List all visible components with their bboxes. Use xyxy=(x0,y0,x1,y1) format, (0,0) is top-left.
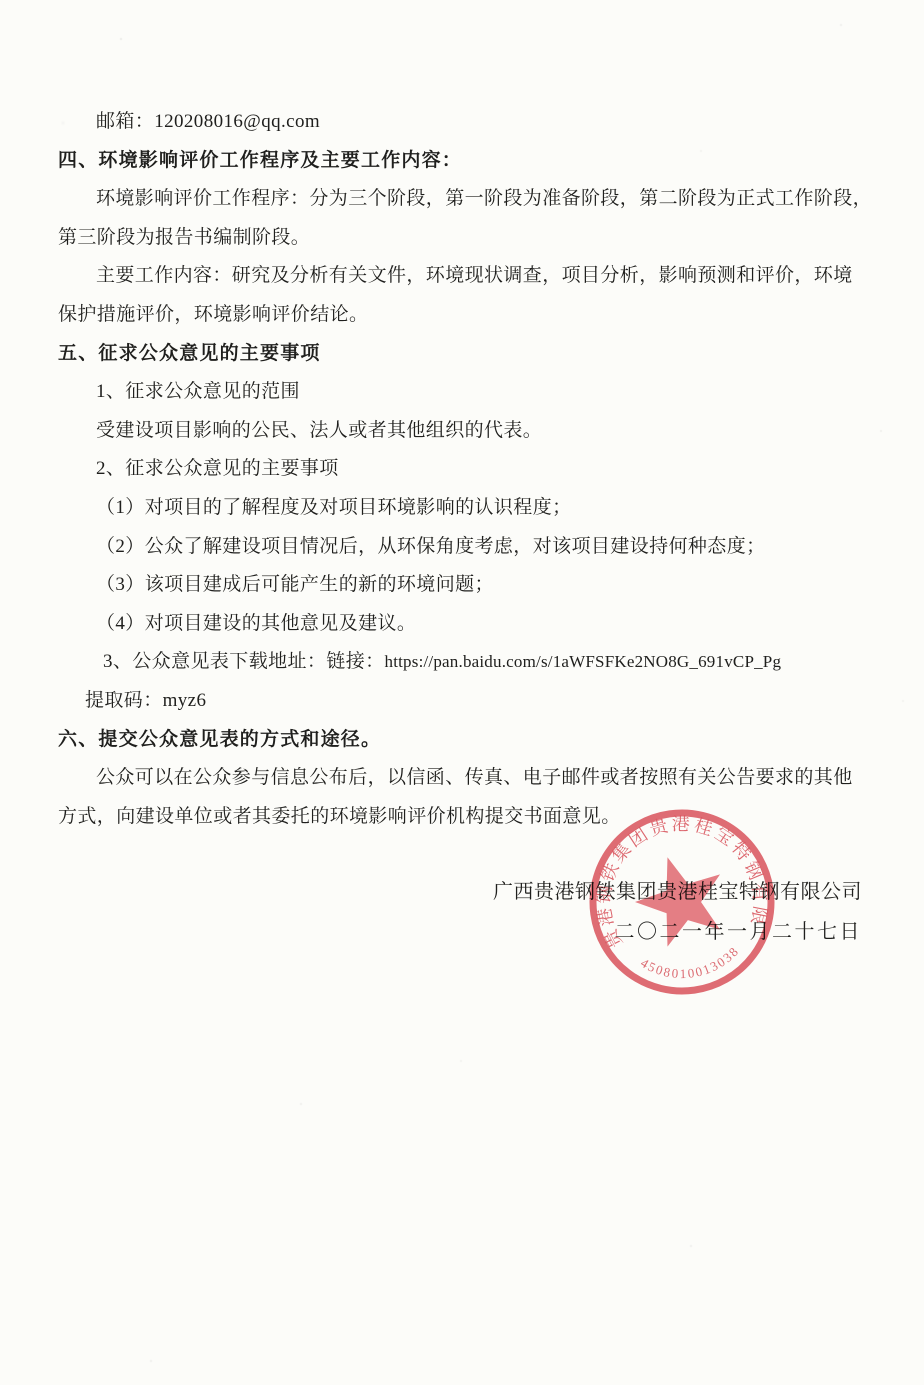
email-line: 邮箱：120208016@qq.com xyxy=(58,103,874,142)
section-4-heading: 四、环境影响评价工作程序及主要工作内容： xyxy=(58,142,874,181)
section-6-heading: 六、提交公众意见表的方式和途径。 xyxy=(58,721,874,760)
list-item: （4）对项目建设的其他意见及建议。 xyxy=(58,605,874,644)
list-item: （3）该项目建成后可能产生的新的环境问题； xyxy=(58,566,874,605)
paragraph-line: 受建设项目影响的公民、法人或者其他组织的代表。 xyxy=(58,412,874,451)
download-link-label: 3、公众意见表下载地址：链接： xyxy=(103,651,385,672)
paragraph-line: 环境影响评价工作程序：分为三个阶段，第一阶段为准备阶段，第二阶段为正式工作阶段， xyxy=(58,180,874,219)
extraction-code-line: 提取码：myz6 xyxy=(58,682,874,721)
official-seal: 广西贵港钢铁集团贵港桂宝特钢有限公司 4508010013038 xyxy=(574,794,791,1011)
document-body: 邮箱：120208016@qq.com 四、环境影响评价工作程序及主要工作内容：… xyxy=(0,0,924,836)
list-item: 1、征求公众意见的范围 xyxy=(58,373,874,412)
section-5-heading: 五、征求公众意见的主要事项 xyxy=(58,335,874,374)
seal-star-icon xyxy=(625,843,736,951)
paragraph-line: 保护措施评价，环境影响评价结论。 xyxy=(58,296,874,335)
paragraph-line: 主要工作内容：研究及分析有关文件，环境现状调查，项目分析，影响预测和评价，环境 xyxy=(58,257,874,296)
download-url-text: https://pan.baidu.com/s/1aWFSFKe2NO8G_69… xyxy=(385,652,782,671)
download-link-line: 3、公众意见表下载地址：链接：https://pan.baidu.com/s/1… xyxy=(58,643,874,682)
list-item: （1）对项目的了解程度及对项目环境影响的认识程度； xyxy=(58,489,874,528)
scanned-document-page: 邮箱：120208016@qq.com 四、环境影响评价工作程序及主要工作内容：… xyxy=(0,0,924,1385)
paragraph-line: 第三阶段为报告书编制阶段。 xyxy=(58,219,874,258)
paragraph-line: 公众可以在公众参与信息公布后，以信函、传真、电子邮件或者按照有关公告要求的其他 xyxy=(58,759,874,798)
list-item: 2、征求公众意见的主要事项 xyxy=(58,450,874,489)
list-item: （2）公众了解建设项目情况后，从环保角度考虑，对该项目建设持何种态度； xyxy=(58,528,874,567)
